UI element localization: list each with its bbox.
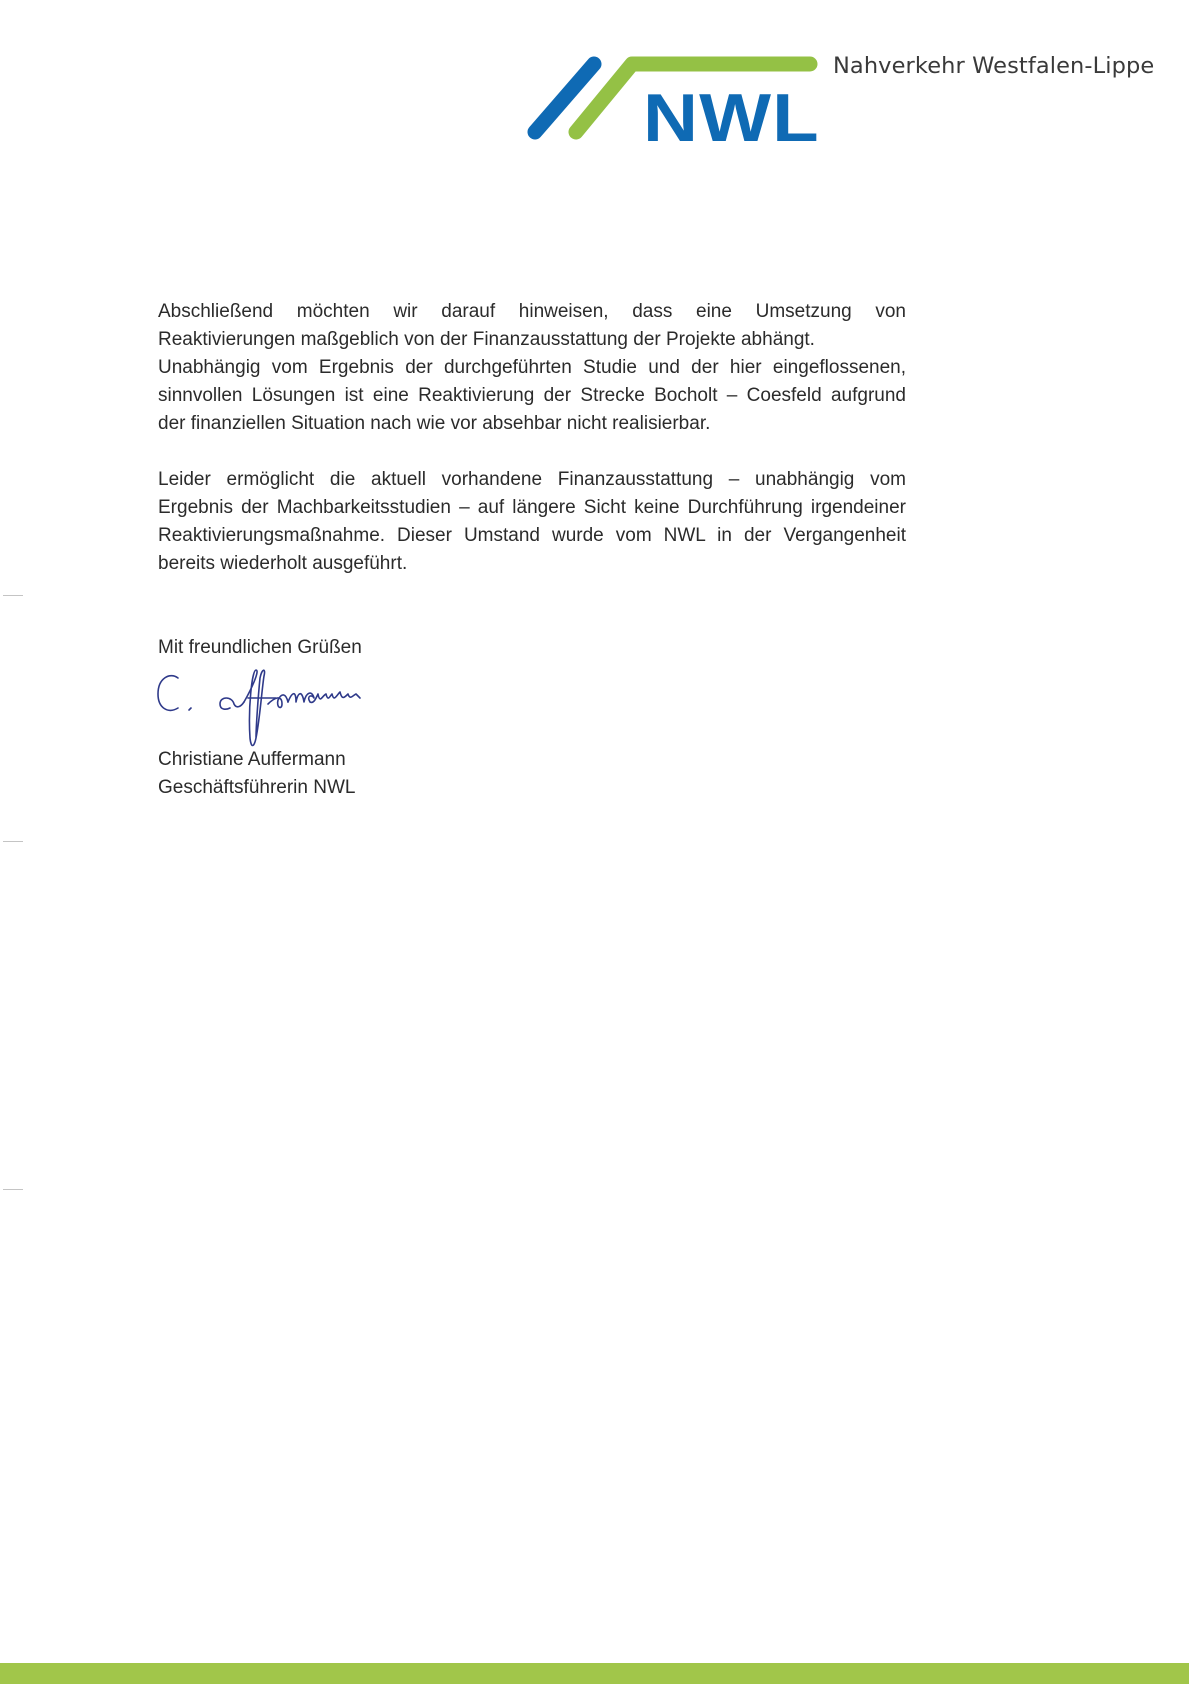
paragraph-line: Ergebnis der Machbarkeitsstudien – auf l… bbox=[158, 494, 906, 522]
paragraph-line: sinnvollen Lösungen ist eine Reaktivieru… bbox=[158, 382, 906, 410]
paragraph-line: Reaktivierungen maßgeblich von der Finan… bbox=[158, 326, 906, 354]
fold-mark bbox=[3, 1189, 23, 1190]
paragraph-2: Leider ermöglicht die aktuell vorhandene… bbox=[158, 466, 906, 578]
paragraph-line: Unabhängig vom Ergebnis der durchgeführt… bbox=[158, 354, 906, 382]
signer-name: Christiane Auffermann bbox=[158, 746, 355, 774]
closing-salutation: Mit freundlichen Grüßen bbox=[158, 634, 362, 662]
paragraph-line: bereits wiederholt ausgeführt. bbox=[158, 550, 906, 578]
fold-mark bbox=[3, 841, 23, 842]
paragraph-line: Leider ermöglicht die aktuell vorhandene… bbox=[158, 466, 906, 494]
paragraph-line: Reaktivierungsmaßnahme. Dieser Umstand w… bbox=[158, 522, 906, 550]
signer-title: Geschäftsführerin NWL bbox=[158, 774, 355, 802]
logo-tagline: Nahverkehr Westfalen-Lippe bbox=[833, 53, 1154, 79]
footer-bar bbox=[0, 1663, 1189, 1684]
paragraph-1: Abschließend möchten wir darauf hinweise… bbox=[158, 298, 906, 438]
handwritten-signature bbox=[156, 668, 386, 752]
signature-icon bbox=[156, 668, 386, 752]
fold-mark bbox=[3, 595, 23, 596]
signer-block: Christiane Auffermann Geschäftsführerin … bbox=[158, 746, 355, 802]
paragraph-line: der finanziellen Situation nach wie vor … bbox=[158, 410, 906, 438]
paragraph-line: Abschließend möchten wir darauf hinweise… bbox=[158, 298, 906, 326]
nwl-logo-text: NWL bbox=[643, 84, 820, 152]
